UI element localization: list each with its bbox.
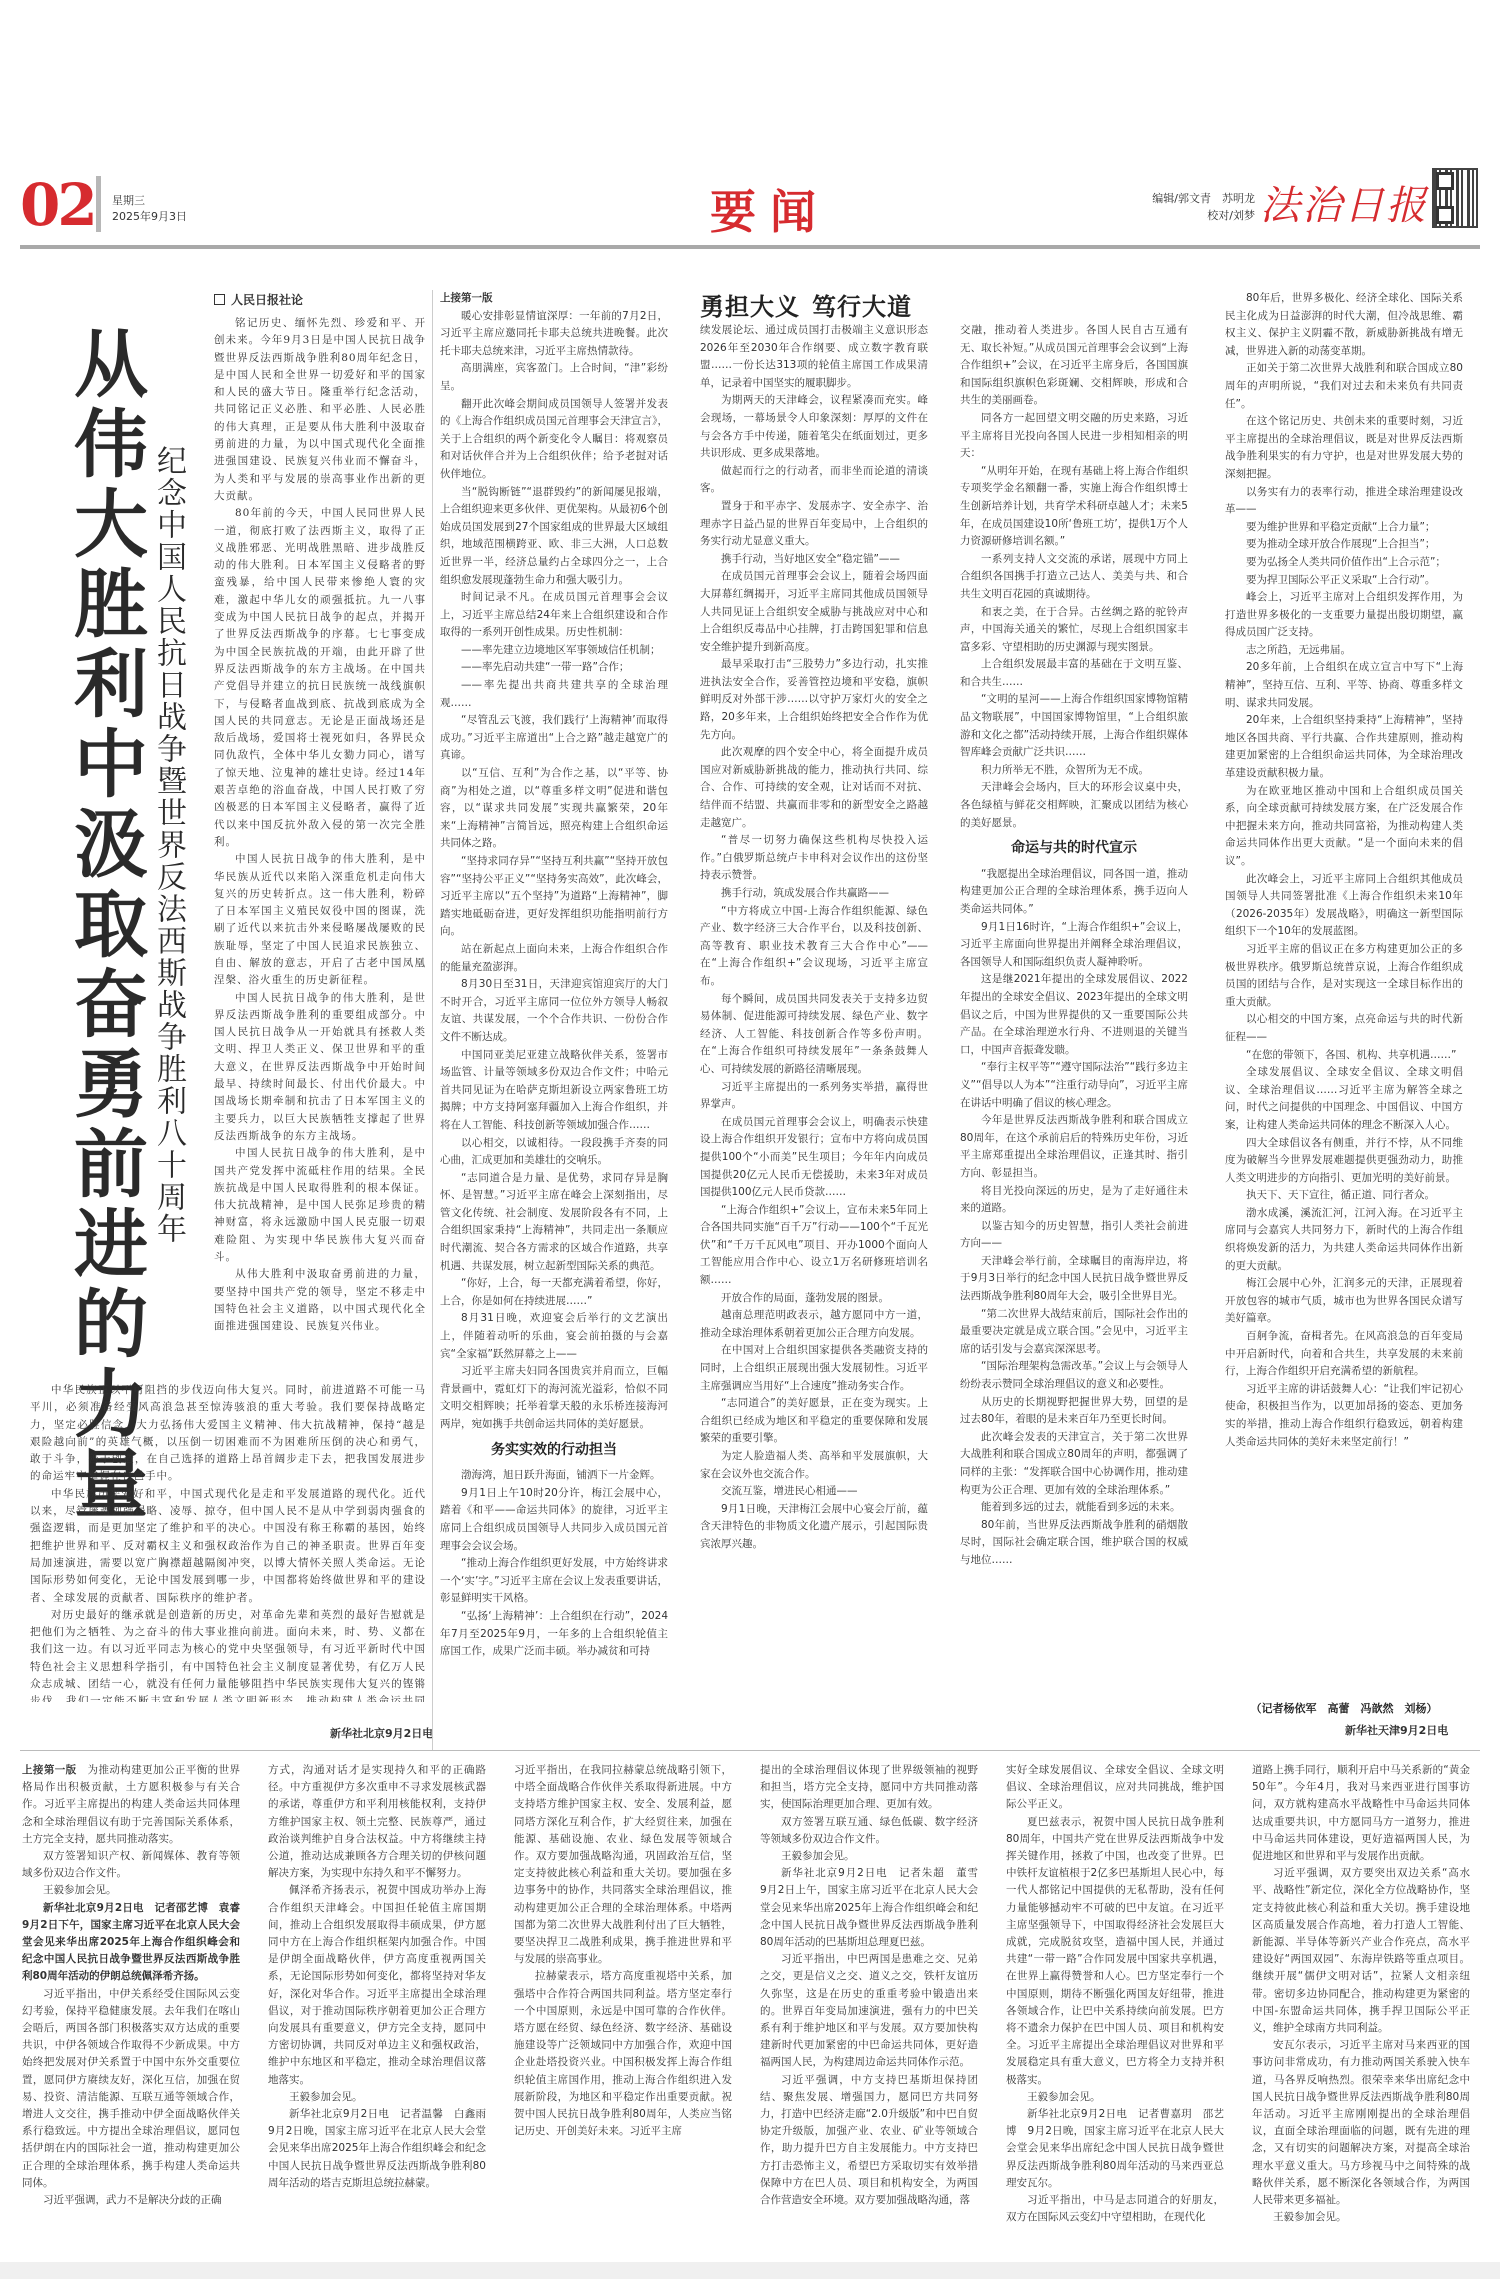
paragraph: 携手行动，当好地区安全“稳定锚”—— bbox=[700, 551, 928, 569]
paragraph: 将目光投向深远的历史，是为了走好通往未来的道路。 bbox=[960, 1183, 1188, 1218]
paragraph: 百舸争流，奋楫者先。在风高浪急的百年变局中开启新时代，向着和合共生，共享发展的未… bbox=[1225, 1328, 1463, 1381]
paragraph: 为期两天的天津峰会，议程紧凑而充实。峰会现场，一幕场景令人印象深刻：厚厚的文件在… bbox=[700, 392, 928, 462]
paragraph: 最早采取打击“三股势力”多边行动，扎实推进执法安全合作，妥善管控边境和平安稳，旗… bbox=[700, 656, 928, 744]
story-column-2: 续发展论坛、通过成员国打击极端主义意识形态2026年至2030年合作纲要、成立数… bbox=[700, 322, 928, 1752]
paragraph: “我愿提出全球治理倡议，同各国一道，推动构建更加公正合理的全球治理体系，携手迈向… bbox=[960, 866, 1188, 919]
paragraph: 以心相交的中国方案，点亮命运与共的时代新征程—— bbox=[1225, 1011, 1463, 1046]
paragraph: 习近平主席的倡议正在多方构建更加公正的多极世界秩序。俄罗斯总统普京说，上海合作组… bbox=[1225, 941, 1463, 1011]
paragraph: 以“互信、互利”为合作之基，以“平等、协商”为相处之道，以“尊重多样文明”促进和… bbox=[440, 765, 668, 853]
paragraph: 中华民族正以不可阻挡的步伐迈向伟大复兴。同时，前进道路不可能一马平川，必须准备经… bbox=[30, 1382, 426, 1486]
paragraph: “第二次世界大战结束前后，国际社会作出的最重要决定就是成立联合国。”会见中，习近… bbox=[960, 1306, 1188, 1359]
paragraph: 拉赫蒙表示，塔方高度重视塔中关系，加强塔中合作符合两国共同利益。塔方坚定奉行一个… bbox=[514, 1968, 732, 2140]
paragraph: 习近平指出，中巴两国是患难之交、兄弟之交，更是信义之交、道义之交，铁杆友谊历久弥… bbox=[760, 1951, 978, 2071]
dateline-paragraph: 新华社北京9月2日电 记者邵艺博 袁睿 9月2日下午，国家主席习近平在北京人民大… bbox=[22, 1900, 240, 1986]
paragraph: 新华社北京9月2日电 记者温馨 白鑫雨 9月2日晚，国家主席习近平在北京人民大会… bbox=[268, 2106, 486, 2192]
paragraph: 中国人民抗日战争的伟大胜利，是世界反法西斯战争胜利的重要组成部分。中国人民抗日战… bbox=[214, 990, 426, 1146]
paragraph: 习近平强调，双方要突出双边关系“高水平、战略性”新定位，深化全方位战略协作，坚定… bbox=[1252, 1865, 1470, 2037]
paragraph: 上合组织发展最丰富的基础在于文明互鉴、和合共生…… bbox=[960, 656, 1188, 691]
paragraph: 在中国对上合组织国家提供各类融资支持的同时，上合组织正展现出强大发展韧性。习近平… bbox=[700, 1342, 928, 1395]
editorial-column: 铭记历史、缅怀先烈、珍爱和平、开创未来。今年9月3日是中国人民抗日战争暨世界反法… bbox=[214, 315, 426, 1382]
bottom-column-5: 实好全球发展倡议、全球安全倡议、全球文明倡议、全球治理倡议，应对共同挑战，维护国… bbox=[1006, 1762, 1224, 2252]
paragraph: 双方签署互联互通、绿色低碳、数字经济等领域多份双边合作文件。 bbox=[760, 1814, 978, 1848]
paragraph: 高朋满座，宾客盈门。上合时间，“津”彩纷呈。 bbox=[440, 360, 668, 395]
paragraph: “志同道合”的美好愿景，正在变为现实。上合组织已经成为地区和平稳定的重要保障和发… bbox=[700, 1395, 928, 1448]
story-title: 勇担大义笃行大道 bbox=[700, 287, 912, 322]
continued-label: 上接第一版 bbox=[22, 1764, 77, 1776]
paragraph: 中国人民抗日战争的伟大胜利，是中国共产党发挥中流砥柱作用的结果。全民族抗战是中国… bbox=[214, 1145, 426, 1266]
paragraph: 天津峰会举行前，全球瞩目的南海岸边，将于9月3日举行的纪念中国人民抗日战争暨世界… bbox=[960, 1253, 1188, 1306]
paragraph: 20多年前，上合组织在成立宣言中写下“上海精神”，坚持互信、互利、平等、协商、尊… bbox=[1225, 659, 1463, 712]
paragraph: 8月30日至31日，天津迎宾馆迎宾厅的大门不时开合，习近平主席同一位位外方领导人… bbox=[440, 976, 668, 1046]
continued-label: 上接第一版 bbox=[440, 290, 668, 308]
paragraph: 习近平指出，中马是志同道合的好朋友，双方在国际风云变幻中守望相助，在现代化 bbox=[1006, 2192, 1224, 2226]
story-column-3: 交融，推动着人类进步。各国人民自古互通有无、取长补短。”从成员国元首理事会会议到… bbox=[960, 322, 1188, 1752]
paragraph: 从历史的长期视野把握世界大势，回望的是过去80年，着眼的是未来百年乃至更长时间。 bbox=[960, 1394, 1188, 1429]
paragraph: 对历史最好的继承就是创造新的历史，对革命先辈和英烈的最好告慰就是把他们为之牺牲、… bbox=[30, 1607, 426, 1702]
paragraph: 渤水成溪，溪流汇河，江河入海。在习近平主席同与会嘉宾人共同努力下，新时代的上海合… bbox=[1225, 1205, 1463, 1275]
paragraph: 在成员国元首理事会会议上，明确表示快建设上海合作组织开发银行；宣布中方将向成员国… bbox=[700, 1114, 928, 1202]
paragraph: 此次峰会发表的天津宣言，关于第二次世界大战胜利和联合国成立80周年的声明，都强调… bbox=[960, 1429, 1188, 1499]
paragraph: 翻开此次峰会期间成员国领导人签署并发表的《上海合作组织成员国元首理事会天津宣言》… bbox=[440, 396, 668, 484]
proofreader: 校对/刘梦 bbox=[1105, 207, 1255, 224]
paragraph: 提出的全球治理倡议体现了世界级领袖的视野和担当，塔方完全支持，愿同中方共同推动落… bbox=[760, 1762, 978, 1814]
paragraph: 以心相交，以诚相待。一段段携手齐奏的同心曲，汇成更加和美雄壮的交响乐。 bbox=[440, 1135, 668, 1170]
qr-code-icon[interactable] bbox=[1432, 168, 1478, 228]
newspaper-logo: 法治日报 bbox=[1260, 174, 1428, 231]
paragraph: 佩泽希齐扬表示，祝贺中国成功举办上海合作组织天津峰会。中国担任轮值主席国期间，推… bbox=[268, 1882, 486, 2088]
subhead-destiny: 命运与共的时代宣示 bbox=[960, 840, 1188, 858]
paragraph: “普尽一切努力确保这些机构尽快投入运作。”白俄罗斯总统卢卡申科对会议作出的这份坚… bbox=[700, 832, 928, 885]
section-title: 要闻 bbox=[710, 176, 830, 242]
paragraph: 中华民族历来爱好和平，中国式现代化是走和平发展道路的现代化。近代以来，尽管屡遭列… bbox=[30, 1486, 426, 1607]
paragraph: 新华社北京9月2日电 记者曹嘉玥 邵艺博 9月2日晚，国家主席习近平在北京人民大… bbox=[1006, 2106, 1224, 2192]
column-divider bbox=[432, 290, 433, 1750]
paragraph: ——率先提出共商共建共享的全球治理观…… bbox=[440, 677, 668, 712]
paragraph: 此次观摩的四个安全中心，将全面提升成员国应对新威胁新挑战的能力，推动执行共同、综… bbox=[700, 744, 928, 832]
paragraph: ——率先建立边境地区军事领域信任机制； bbox=[440, 642, 668, 660]
paragraph: 习近平主席夫妇同各国贵宾并肩而立，巨幅背景画中，霓虹灯下的海河流光溢彩，恰似不同… bbox=[440, 1363, 668, 1433]
paragraph: 要为推动全球开放合作展现“上合担当”； bbox=[1225, 536, 1463, 554]
paragraph: 能着到多远的过去，就能看到多远的未来。 bbox=[960, 1499, 1188, 1517]
paragraph: 渤海湾，旭日跃升海面，铺洒下一片金辉。 bbox=[440, 1467, 668, 1485]
paragraph: “弘扬‘上海精神’：上合组织在行动”，2024年7月至2025年9月，一年多的上… bbox=[440, 1608, 668, 1661]
paragraph: 交流互鉴，增进民心相通—— bbox=[700, 1483, 928, 1501]
subhead-action: 务实实效的行动担当 bbox=[440, 1442, 668, 1460]
editorial-dateline: 新华社北京9月2日电 bbox=[330, 1725, 433, 1741]
paragraph: 志之所趋，无远弗届。 bbox=[1225, 642, 1463, 660]
paragraph: 全球发展倡议、全球安全倡议、全球文明倡议、全球治理倡议……习近平主席为解答全球之… bbox=[1225, 1064, 1463, 1134]
bottom-column-6: 道路上携手同行，顺利开启中马关系新的“黄金50年”。今年4月，我对马来西亚进行国… bbox=[1252, 1762, 1470, 2252]
paragraph: 习近平指出，在我同拉赫蒙总统战略引领下，中塔全面战略合作伙伴关系取得新进展。中方… bbox=[514, 1762, 732, 1968]
paragraph: 中国人民抗日战争的伟大胜利，是中华民族从近代以来陷入深重危机走向伟大复兴的历史转… bbox=[214, 851, 426, 989]
story-reporters: （记者杨依军 高蕾 冯歆然 刘杨） bbox=[1225, 1700, 1463, 1716]
bottom-column-2: 方式，沟通对话才是实现持久和平的正确路径。中方重视伊方多次重申不寻求发展核武器的… bbox=[268, 1762, 486, 2252]
paragraph: 9月1日上午10时20分许，梅江会展中心，踏着《和平——命运共同体》的旋律，习近… bbox=[440, 1485, 668, 1555]
masthead: 02 星期三 2025年9月3日 要闻 编辑/郭文青 苏明龙 校对/刘梦 法治日… bbox=[20, 170, 1480, 250]
paragraph: 和衷之美，在于合异。古丝绸之路的驼铃声声，中国海关通关的繁忙，尽现上合组织国家丰… bbox=[960, 604, 1188, 657]
paragraph: 王毅参加会见。 bbox=[268, 2089, 486, 2106]
paragraph: 越南总理范明政表示，越方愿同中方一道，推动全球治理体系朝着更加公正合理方向发展。 bbox=[700, 1307, 928, 1342]
paragraph: 一系列支持人文交流的承诺，展现中方同上合组织各国携手打造立己达人、美美与共、和合… bbox=[960, 551, 1188, 604]
paragraph: 当“脱钩断链”“退群毁约”的新闻屡见报端，上合组织迎来更多伙伴、更优架构。从最初… bbox=[440, 484, 668, 590]
story-column-1: 上接第一版 暖心安排彰显情谊深厚：一年前的7月2日，习近平主席应邀同托卡耶夫总统… bbox=[440, 290, 668, 1750]
paragraph: 以鉴古知今的历史智慧，指引人类社会前进方向—— bbox=[960, 1218, 1188, 1253]
editorial-source: 人民日报社论 bbox=[214, 291, 303, 308]
paragraph: 习近平强调，武力不是解决分歧的正确 bbox=[22, 2192, 240, 2209]
paragraph: 9月1日16时许，“上海合作组织+”会议上，习近平主席面向世界提出并阐释全球治理… bbox=[960, 919, 1188, 972]
paragraph: 新华社北京9月2日电 记者朱超 董雪 9月2日上午，国家主席习近平在北京人民大会… bbox=[760, 1865, 978, 1951]
editorial-source-label: 人民日报社论 bbox=[231, 293, 303, 307]
story-title-part1: 勇担大义 bbox=[700, 292, 800, 321]
paragraph: 要为维护世界和平稳定贡献“上合力量”； bbox=[1225, 519, 1463, 537]
paragraph: 这是继2021年提出的全球发展倡议、2022年提出的全球安全倡议、2023年提出… bbox=[960, 971, 1188, 1059]
paragraph: 9月1日晚，天津梅江会展中心宴会厅前，蕴含天津特色的非物质文化遗产展示，引起国际… bbox=[700, 1501, 928, 1554]
bottom-column-1: 上接第一版 为推动构建更加公正平衡的世界格局作出积极贡献，土方愿积极参与有关合作… bbox=[22, 1762, 240, 2252]
paragraph: 道路上携手同行，顺利开启中马关系新的“黄金50年”。今年4月，我对马来西亚进行国… bbox=[1252, 1762, 1470, 1865]
paragraph: 置身于和平赤字、发展赤字、安全赤字、治理赤字日益凸显的世界百年变局中，上合组织的… bbox=[700, 498, 928, 551]
paragraph: “坚持求同存异”“坚持互利共赢”“坚持开放包容”“坚持公平正义”“坚持务实高效”… bbox=[440, 853, 668, 941]
paragraph: 中国同亚美尼亚建立战略伙伴关系，签署市场监管、计量等领域多份双边合作文件；中哈元… bbox=[440, 1047, 668, 1135]
story-title-part2: 笃行大道 bbox=[812, 292, 912, 321]
page-footer bbox=[0, 2262, 1500, 2279]
paragraph: 梅江会展中心外，汇润多元的天津，正展现着开放包容的城市气质，城市也为世界各国民众… bbox=[1225, 1275, 1463, 1328]
paragraph: 王毅参加会见。 bbox=[1252, 2209, 1470, 2226]
paragraph: 今年是世界反法西斯战争胜利和联合国成立80周年，在这个承前启后的特殊历史年份，习… bbox=[960, 1112, 1188, 1182]
paragraph: ——率先启动共建“一带一路”合作； bbox=[440, 659, 668, 677]
paragraph: 时间记录不凡。在成员国元首理事会会议上，习近平主席总结24年来上合组织建设和合作… bbox=[440, 589, 668, 642]
paragraph: 8月31日晚，欢迎宴会后举行的文艺演出上，伴随着动听的乐曲，宴会前拍摄的与会嘉宾… bbox=[440, 1310, 668, 1363]
paragraph: “文明的星河——上海合作组织国家博物馆精品文物联展”，中国国家博物馆里，“上合组… bbox=[960, 691, 1188, 761]
editor-credits: 编辑/郭文青 苏明龙 校对/刘梦 bbox=[1105, 190, 1255, 224]
paragraph: 20年来，上合组织坚持秉持“上海精神”，坚持地区各国共商、平行共赢、合作共建原则… bbox=[1225, 712, 1463, 782]
paragraph: 暖心安排彰显情谊深厚：一年前的7月2日，习近平主席应邀同托卡耶夫总统共进晚餐。此… bbox=[440, 308, 668, 361]
paragraph: 双方签署知识产权、新闻媒体、教育等领域多份双边合作文件。 bbox=[22, 1848, 240, 1882]
paragraph: 王毅参加会见。 bbox=[1006, 2089, 1224, 2106]
paragraph: 80年前，当世界反法西斯战争胜利的硝烟散尽时，国际社会确定联合国，维护联合国的权… bbox=[960, 1517, 1188, 1570]
paragraph: 做起而行之的行动者，而非坐而论道的清谈客。 bbox=[700, 463, 928, 498]
paragraph: 夏巴兹表示，祝贺中国人民抗日战争胜利80周年，中国共产党在世界反法西斯战争中发挥… bbox=[1006, 1814, 1224, 2089]
paragraph: “上海合作组织+”会议上，宣布未来5年同上合各国共同实施“百千万”行动——100… bbox=[700, 1202, 928, 1290]
paragraph: 习近平主席提出的一系列务实举措，赢得世界掌声。 bbox=[700, 1079, 928, 1114]
paragraph: “国际治理架构急需改革。”会议上与会领导人纷纷表示赞同全球治理倡议的意义和必要性… bbox=[960, 1358, 1188, 1393]
paragraph: 铭记历史、缅怀先烈、珍爱和平、开创未来。今年9月3日是中国人民抗日战争暨世界反法… bbox=[214, 315, 426, 505]
paragraph: “推动上海合作组织更好发展，中方始终讲求一个‘实’字。”习近平主席在会议上发表重… bbox=[440, 1555, 668, 1608]
paragraph: “你好，上合，每一天都充满着希望，你好，上合，你是如何在持续进展……” bbox=[440, 1275, 668, 1310]
bottom-column-4: 提出的全球治理倡议体现了世界级领袖的视野和担当，塔方完全支持，愿同中方共同推动落… bbox=[760, 1762, 978, 2252]
paragraph: 以务实有力的表率行动，推进全球治理建设改革—— bbox=[1225, 484, 1463, 519]
paragraph: 站在新起点上面向未来，上海合作组织合作的能量充盈澎湃。 bbox=[440, 941, 668, 976]
paragraph: 80年后，世界多极化、经济全球化、国际关系民主化成为日益澎湃的时代大潮，但冷战思… bbox=[1225, 290, 1463, 360]
paragraph: “尽管乱云飞渡，我们践行‘上海精神’而取得成功。”习近平主席道出“上合之路”越走… bbox=[440, 712, 668, 765]
paragraph: 积力所举无不胜，众智所为无不成。 bbox=[960, 762, 1188, 780]
paragraph-text: 为推动构建更加公正平衡的世界格局作出积极贡献，土方愿积极参与有关合作。习近平主席… bbox=[22, 1764, 240, 1845]
paragraph: 为在欧亚地区推动中国和上合组织成员国关系，向全球贡献可持续发展方案，在广泛发展合… bbox=[1225, 783, 1463, 871]
newspaper-page: 02 星期三 2025年9月3日 要闻 编辑/郭文青 苏明龙 校对/刘梦 法治日… bbox=[0, 0, 1500, 2279]
paragraph: 要为捍卫国际公平正义采取“上合行动”。 bbox=[1225, 572, 1463, 590]
paragraph: 四大全球倡议各有侧重，并行不悖，从不同维度为破解当今世界发展难题提供更强劲动力，… bbox=[1225, 1135, 1463, 1188]
square-icon bbox=[214, 294, 225, 305]
paragraph: “在您的带领下，各国、机构、共享机遇……” bbox=[1225, 1047, 1463, 1065]
paragraph: 续发展论坛、通过成员国打击极端主义意识形态2026年至2030年合作纲要、成立数… bbox=[700, 322, 928, 392]
paragraph: “志同道合是力量、是优势，求同存异是胸怀、是智慧。”习近平主席在峰会上深刻指出，… bbox=[440, 1170, 668, 1276]
page-number: 02 bbox=[20, 170, 95, 240]
paragraph: 80年前的今天，中国人民同世界人民一道，彻底打败了法西斯主义，取得了正义战胜邪恶… bbox=[214, 505, 426, 851]
paragraph: 方式，沟通对话才是实现持久和平的正确路径。中方重视伊方多次重申不寻求发展核武器的… bbox=[268, 1762, 486, 1882]
paragraph: 在成员国元首理事会会议上，随着会场四面大屏幕红绸揭开，习近平主席同其他成员国领导… bbox=[700, 568, 928, 656]
paragraph: 王毅参加会见。 bbox=[760, 1848, 978, 1865]
paragraph: 上接第一版 为推动构建更加公正平衡的世界格局作出积极贡献，土方愿积极参与有关合作… bbox=[22, 1762, 240, 1848]
paragraph: 从伟大胜利中汲取奋勇前进的力量，要坚持中国共产党的领导，坚定不移走中国特色社会主… bbox=[214, 1266, 426, 1335]
paragraph: 在这个铭记历史、共创未来的重要时刻，习近平主席提出的全球治理倡议，既是对世界反法… bbox=[1225, 413, 1463, 483]
masthead-rule bbox=[20, 245, 1480, 249]
paragraph: 王毅参加会见。 bbox=[22, 1882, 240, 1899]
editorial-headline: 从伟大胜利中汲取奋勇前进的力量 bbox=[58, 325, 148, 1525]
paragraph: 携手行动，筑成发展合作共赢路—— bbox=[700, 885, 928, 903]
paragraph: 习近平指出，中伊关系经受住国际风云变幻考验，保持平稳健康发展。去年我们在喀山会晤… bbox=[22, 1986, 240, 2192]
top-margin bbox=[0, 0, 1500, 140]
editors: 编辑/郭文青 苏明龙 bbox=[1105, 190, 1255, 207]
editorial-subheadline: 纪念中国人民抗日战争暨世界反法西斯战争胜利八十周年 bbox=[150, 445, 186, 1245]
paragraph: 天津峰会会场内，巨大的环形会议桌中央，各色绿植与鲜花交相辉映，汇聚成以团结为核心… bbox=[960, 779, 1188, 832]
paragraph: “奉行主权平等”“遵守国际法治”“践行多边主义”“倡导以人为本”“注重行动导向”… bbox=[960, 1059, 1188, 1112]
paragraph: 执天下、天下宣往，循正道、同行者众。 bbox=[1225, 1187, 1463, 1205]
page-number-divider bbox=[96, 176, 101, 232]
paragraph: 开放合作的局面，蓬勃发展的图景。 bbox=[700, 1290, 928, 1308]
paragraph: “中方将成立中国-上海合作组织能源、绿色产业、数字经济三大合作平台，以及科技创新… bbox=[700, 903, 928, 991]
bottom-column-3: 习近平指出，在我同拉赫蒙总统战略引领下，中塔全面战略合作伙伴关系取得新进展。中方… bbox=[514, 1762, 732, 2252]
paragraph: 实好全球发展倡议、全球安全倡议、全球文明倡议、全球治理倡议，应对共同挑战，维护国… bbox=[1006, 1762, 1224, 1814]
paragraph: 交融，推动着人类进步。各国人民自古互通有无、取长补短。”从成员国元首理事会会议到… bbox=[960, 322, 1188, 410]
paragraph: 每个瞬间，成员国共同发表关于支持多边贸易体制、促进能源可持续发展、绿色产业、数字… bbox=[700, 991, 928, 1079]
story-column-4: 80年后，世界多极化、经济全球化、国际关系民主化成为日益澎湃的时代大潮，但冷战思… bbox=[1225, 290, 1463, 1690]
paragraph: “从明年开始，在现有基础上将上海合作组织专项奖学金名额翻一番，实施上海合作组织博… bbox=[960, 463, 1188, 551]
section-divider bbox=[20, 1750, 1480, 1751]
paragraph: 安瓦尔表示，习近平主席对马来西亚的国事访问非常成功，有力推动两国关系驶入快车道，… bbox=[1252, 2037, 1470, 2209]
paragraph: 习近平强调，中方支持巴基斯坦保持团结、聚焦发展、增强国力，愿同巴方共同努力，打造… bbox=[760, 2072, 978, 2210]
paragraph: 习近平主席的讲话鼓舞人心：“让我们牢记初心使命，积极担当作为，以更加昂扬的姿态、… bbox=[1225, 1381, 1463, 1451]
paragraph: 同各方一起回望文明交融的历史来路，习近平主席将目光投向各国人民进一步相知相亲的明… bbox=[960, 410, 1188, 463]
issue-date: 2025年9月3日 bbox=[112, 208, 187, 224]
story-dateline: 新华社天津9月2日电 bbox=[1345, 1722, 1448, 1738]
paragraph: 为定人脸造福人类、高举和平发展旗帜，大家在会议外也交流合作。 bbox=[700, 1448, 928, 1483]
editorial-wide-column: 中华民族正以不可阻挡的步伐迈向伟大复兴。同时，前进道路不可能一马平川，必须准备经… bbox=[30, 1382, 426, 1702]
paragraph: 此次峰会上，习近平主席同上合组织其他成员国领导人共同签署批准《上海合作组织未来1… bbox=[1225, 871, 1463, 941]
weekday: 星期三 bbox=[112, 192, 145, 208]
paragraph: 正如关于第二次世界大战胜利和联合国成立80周年的声明所说，“我们对过去和未来负有… bbox=[1225, 360, 1463, 413]
paragraph: 要为弘扬全人类共同价值作出“上合示范”； bbox=[1225, 554, 1463, 572]
paragraph: 峰会上，习近平主席对上合组织发挥作用，为打造世界多极化的一支重要力量提出殷切期望… bbox=[1225, 589, 1463, 642]
